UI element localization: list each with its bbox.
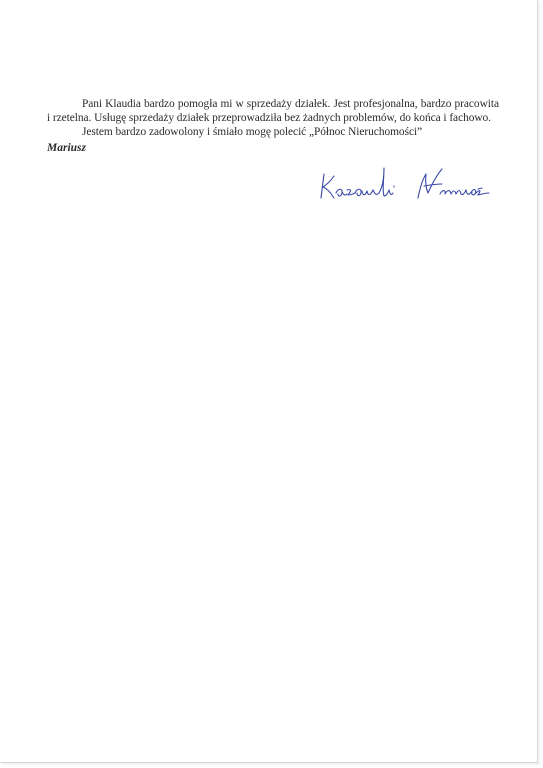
- document-page: Pani Klaudia bardzo pomogła mi w sprzeda…: [0, 0, 538, 763]
- signoff-name: Mariusz: [47, 142, 86, 154]
- paragraph-1: Pani Klaudia bardzo pomogła mi w sprzeda…: [47, 97, 499, 125]
- paragraph-2: Jestem bardzo zadowolony i śmiało mogę p…: [47, 125, 499, 139]
- letter-body: Pani Klaudia bardzo pomogła mi w sprzeda…: [47, 97, 499, 139]
- signature-image: [318, 160, 508, 205]
